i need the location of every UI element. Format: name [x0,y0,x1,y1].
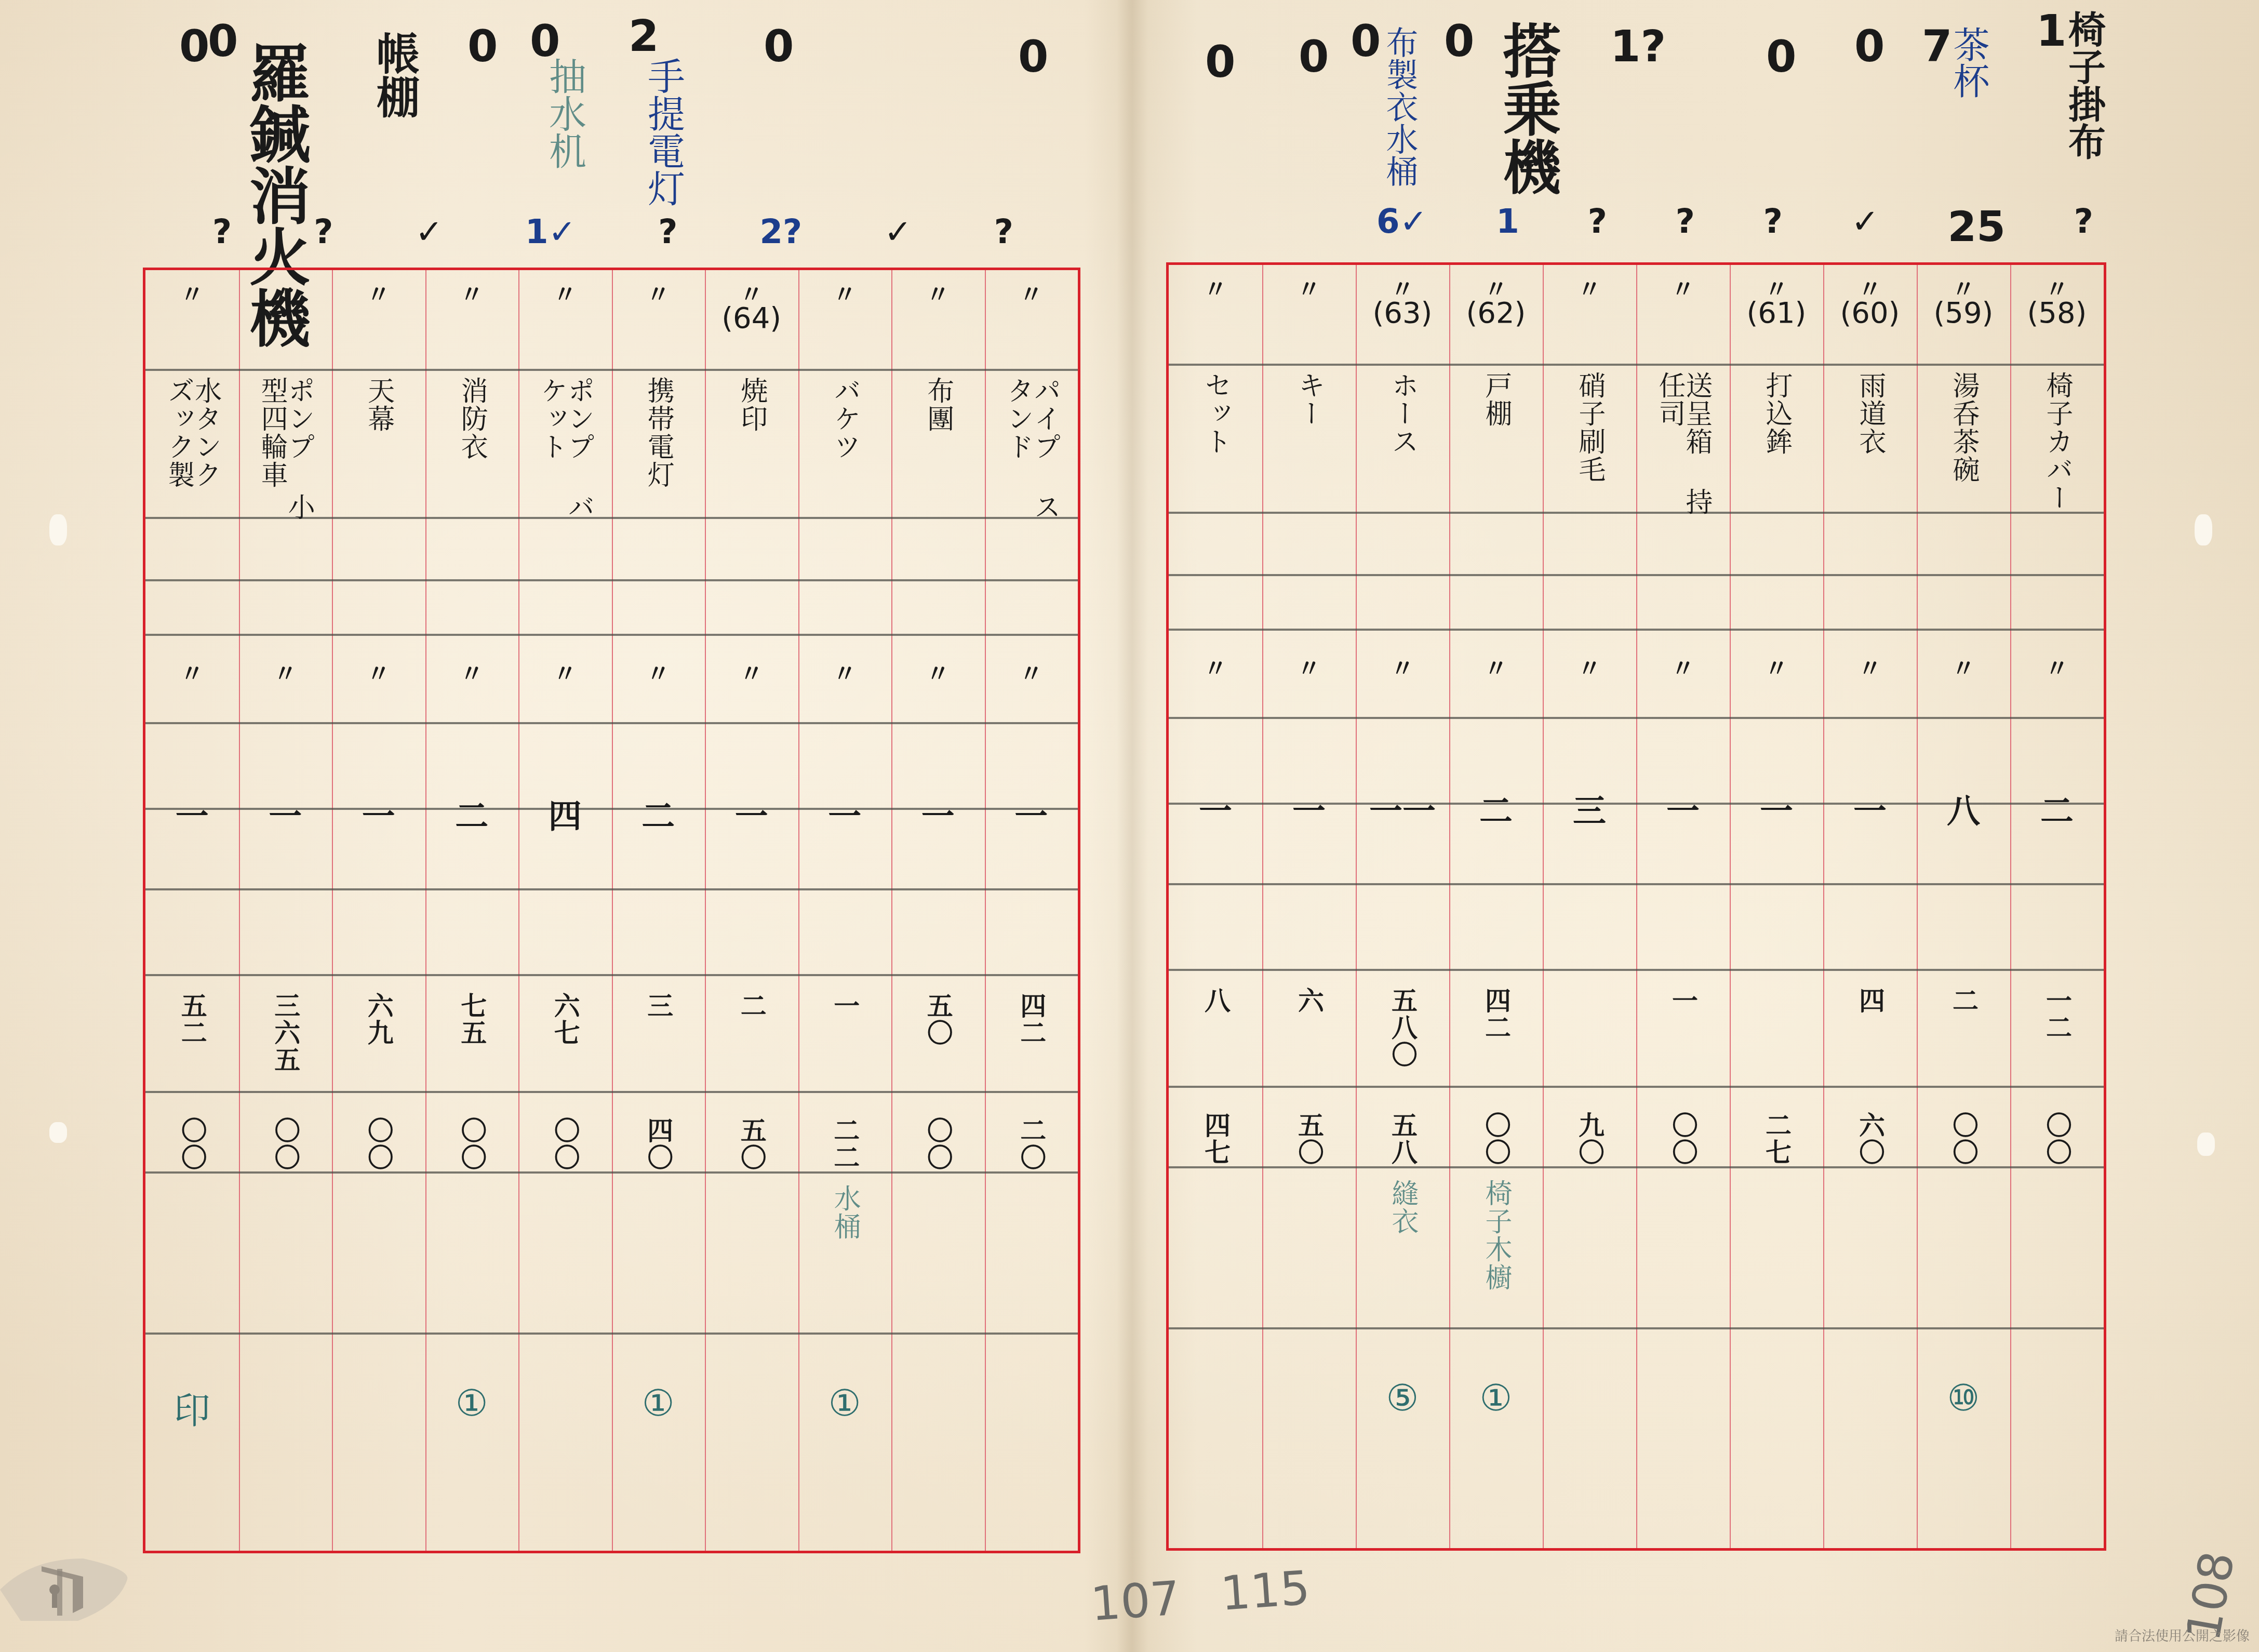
tally-stamp: ⑤ [1356,1377,1449,1449]
item-name: 水タンク ズック製 [145,377,239,527]
price-sen: 二二 [798,1117,892,1190]
item-name: ホース [1356,371,1449,522]
ditto-mark: 〃 [1636,649,1730,681]
quantity: 二 [1449,784,1543,826]
tally-stamp [1730,1377,1823,1449]
price-yen: 六 [1262,987,1356,1091]
stamp-note [332,1184,425,1340]
stamp-note [1823,1179,1917,1335]
reference-number [612,301,705,364]
ledger-column: 〃(61)打込鉾〃一二七 [1730,265,1823,1548]
price-yen: 一 [798,992,892,1096]
item-name: 硝子刷毛 [1543,371,1636,522]
reference-number: (64) [705,301,798,364]
ledger-column: 〃(62)戸棚〃二四二〇〇椅子木櫥① [1449,265,1543,1548]
price-sen: 〇〇 [1449,1112,1543,1184]
zero-mark: 0 [1854,21,1884,72]
item-name: 布團 [891,377,985,527]
ledger-column: 〃ポンプ バケット〃四六七〇〇 [518,270,612,1551]
left-ledger-table: 〃水タンク ズック製〃一五二〇〇印〃ポンプ 小型四輪車〃一三六五〇〇〃天幕〃一六… [143,268,1080,1553]
price-sen: 四〇 [612,1117,705,1190]
ditto-mark: 〃 [1262,649,1356,681]
reference-number [332,301,425,364]
item-name: 椅子カバー [2010,371,2104,522]
price-yen: 五〇 [891,992,985,1096]
pencil-page-number: 107 [1089,1571,1182,1632]
tally-stamp [2010,1377,2104,1449]
quantity: 一 [145,790,239,831]
reference-number: (62) [1449,296,1543,358]
zero-mark: 0 [1018,31,1048,82]
price-yen: 一二 [2010,987,2104,1091]
price-yen: 七五 [425,992,519,1096]
binding-hole [49,1122,67,1143]
ditto-mark: 〃 [2010,649,2104,681]
item-name: ポンプ バケット [518,377,612,527]
reference-number [1262,296,1356,358]
tally-stamp [985,1382,1078,1455]
ledger-column: 〃送呈箱 持任司〃一一〇〇 [1636,265,1730,1548]
reference-number: (61) [1730,296,1823,358]
quantity: 一一 [1356,784,1449,826]
ditto-mark: 〃 [612,655,705,686]
price-yen: 二 [705,992,798,1096]
item-name: 消防衣 [425,377,519,527]
quantity: 四 [518,790,612,831]
reference-number [239,301,332,364]
price-sen: 九〇 [1543,1112,1636,1184]
ledger-column: 〃(60)雨道衣〃一四六〇 [1823,265,1917,1548]
item-name: 打込鉾 [1730,371,1823,522]
stamp-note [891,1184,985,1340]
price-yen: 二 [1917,987,2010,1091]
stamp-note [518,1184,612,1340]
binding-hole [2195,514,2212,545]
price-yen: 八 [1169,987,1262,1091]
tally-stamp [518,1382,612,1455]
ledger-column: 〃パイプ スタンド〃一四二二〇 [985,270,1078,1551]
price-yen [1730,987,1823,1091]
quantity: 二 [2010,784,2104,826]
tally-stamp: ① [612,1382,705,1455]
price-yen: 四 [1823,987,1917,1091]
stamp-note [1543,1179,1636,1335]
quantity: 二 [425,790,519,831]
price-sen: 〇〇 [518,1117,612,1190]
quantity: 二 [612,790,705,831]
ditto-mark: 〃 [985,655,1078,686]
price-sen: 〇〇 [891,1117,985,1190]
stamp-note [239,1184,332,1340]
stamp-note [425,1184,519,1340]
stamp-note [1636,1179,1730,1335]
binding-hole [49,514,67,545]
reference-number [518,301,612,364]
tally-stamp [891,1382,985,1455]
binding-hole [2197,1133,2215,1156]
item-name: 湯呑茶碗 [1917,371,2010,522]
price-yen: 六九 [332,992,425,1096]
stamp-note [985,1184,1078,1340]
note-tent: 帳棚 [364,31,426,118]
ditto-mark: 〃 [1917,649,2010,681]
tally-stamp [1823,1377,1917,1449]
title-chair-cloth: 椅子掛布 [2057,10,2111,160]
item-name: キー [1262,371,1356,522]
price-sen: 五〇 [705,1117,798,1190]
quantity: 一 [1636,784,1730,826]
stamp-note: 椅子木櫥 [1449,1179,1543,1335]
ledger-column: 〃布團〃一五〇〇〇 [891,270,985,1551]
zero-mark: 0 [179,21,209,72]
price-yen: 五二 [145,992,239,1096]
ditto-mark: 〃 [1823,649,1917,681]
price-sen: 二七 [1730,1112,1823,1184]
stamp-note [1262,1179,1356,1335]
item-name: 送呈箱 持任司 [1636,371,1730,522]
ledger-column: 〃天幕〃一六九〇〇 [332,270,425,1551]
quantity: 一 [891,790,985,831]
tally-stamp [1262,1377,1356,1449]
ledger-column: 〃消防衣〃二七五〇〇① [425,270,519,1551]
stamp-note [1730,1179,1823,1335]
ledger-column: 〃(64)焼印〃一二五〇 [705,270,798,1551]
ledger-column: 〃水タンク ズック製〃一五二〇〇印 [145,270,239,1551]
reference-number [425,301,519,364]
tally-stamp [239,1382,332,1455]
price-sen: 〇〇 [239,1117,332,1190]
quantity: 一 [1823,784,1917,826]
price-yen: 六七 [518,992,612,1096]
zero-mark: 0 [764,21,794,72]
item-name: 焼印 [705,377,798,527]
reference-number [798,301,892,364]
ledger-column: 〃ポンプ 小型四輪車〃一三六五〇〇 [239,270,332,1551]
note-pump: 抽水机 [538,57,592,169]
quantity: 一 [1169,784,1262,826]
ditto-mark: 〃 [332,655,425,686]
item-name: 天幕 [332,377,425,527]
reference-number [985,301,1078,364]
stamp-note [612,1184,705,1340]
note-cloth-bucket: 布製衣水桶 [1376,26,1423,187]
tally-stamp [332,1382,425,1455]
price-yen: 三 [612,992,705,1096]
price-yen: 五八〇 [1356,987,1449,1091]
ditto-mark: 〃 [1356,649,1449,681]
stamp-note [1169,1179,1262,1335]
ditto-mark: 〃 [1543,649,1636,681]
tally-stamp [705,1382,798,1455]
ditto-mark: 〃 [239,655,332,686]
reference-number: (59) [1917,296,2010,358]
zero-mark: 0 [1766,31,1796,82]
ditto-mark: 〃 [518,655,612,686]
ditto-mark: 〃 [1449,649,1543,681]
stamp-note [1917,1179,2010,1335]
tally-stamp: 印 [145,1382,239,1455]
tally-stamp: ① [798,1382,892,1455]
price-yen: 四二 [1449,987,1543,1091]
item-name: バケツ [798,377,892,527]
item-name: セット [1169,371,1262,522]
note-teacup: 茶杯 [1943,26,1995,99]
zero-mark: 0 [467,21,498,72]
ledger-column: 〃(63)ホース〃一一五八〇五八縫衣⑤ [1356,265,1449,1548]
price-sen: 〇〇 [332,1117,425,1190]
ledger-column: 〃キー〃一六五〇 [1262,265,1356,1548]
number-mark: 2 [629,10,659,61]
price-yen [1543,987,1636,1091]
reference-number [1169,296,1262,358]
tally-stamp [1169,1377,1262,1449]
page-fold [1117,0,1148,1652]
price-sen: 五〇 [1262,1112,1356,1184]
ditto-mark: 〃 [425,655,519,686]
ditto-mark: 〃 [705,655,798,686]
item-name: パイプ スタンド [985,377,1078,527]
price-yen: 三六五 [239,992,332,1096]
quantity: 一 [1262,784,1356,826]
price-yen: 四二 [985,992,1078,1096]
price-yen: 一 [1636,987,1730,1091]
zero-mark: 0 [1299,31,1329,82]
price-sen: 〇〇 [425,1117,519,1190]
tally-stamp: ⑩ [1917,1377,2010,1449]
price-sen: 〇〇 [2010,1112,2104,1184]
ledger-column: 〃バケツ〃一一二二水桶① [798,270,892,1551]
item-name: 戸棚 [1449,371,1543,522]
marks-row: ? ? ✓ 1✓ ? 2? ✓ ? [171,213,1054,251]
reference-number: (60) [1823,296,1917,358]
tally-stamp [1636,1377,1730,1449]
price-sen: 二〇 [985,1117,1078,1190]
usage-watermark: 請合法使用公開之影像 [2115,1626,2250,1645]
price-sen: 六〇 [1823,1112,1917,1184]
pencil-page-number: 115 [1219,1561,1312,1621]
reference-number [1543,296,1636,358]
ledger-column: 〃(59)湯呑茶碗〃八二〇〇⑩ [1917,265,2010,1548]
item-name: ポンプ 小型四輪車 [239,377,332,527]
stamp-note: 縫衣 [1356,1179,1449,1335]
note-flashlight: 手提電灯 [636,57,690,207]
reference-number [891,301,985,364]
ditto-mark: 〃 [1730,649,1823,681]
ledger-column: 〃携帯電灯〃二三四〇① [612,270,705,1551]
ledger-column: 〃(58)椅子カバー〃二一二〇〇 [2010,265,2104,1548]
reference-number [145,301,239,364]
ditto-mark: 〃 [798,655,892,686]
stamp-note: 水桶 [798,1184,892,1340]
price-sen: 四七 [1169,1112,1262,1184]
zero-mark: 0 [1444,16,1474,66]
item-name: 雨道衣 [1823,371,1917,522]
quantity: 一 [705,790,798,831]
title-bold-center: 搭乗機 [1486,21,1569,195]
tally-stamp: ① [1449,1377,1543,1449]
stamp-note [145,1184,239,1340]
price-sen: 五八 [1356,1112,1449,1184]
stamp-note [2010,1179,2104,1335]
reference-number [1636,296,1730,358]
number-mark: 1? [1610,21,1666,72]
item-name: 携帯電灯 [612,377,705,527]
ditto-mark: 〃 [1169,649,1262,681]
price-sen: 〇〇 [145,1117,239,1190]
quantity: 一 [985,790,1078,831]
quantity: 一 [798,790,892,831]
ledger-column: 〃セット〃一八四七 [1169,265,1262,1548]
quantity: 一 [1730,784,1823,826]
zero-mark: 0 [208,16,238,66]
price-sen: 〇〇 [1917,1112,2010,1184]
reference-number: (63) [1356,296,1449,358]
archive-logo-icon [0,1548,130,1621]
zero-mark: 0 [1205,36,1235,87]
quantity: 八 [1917,784,2010,826]
quantity: 三 [1543,784,1636,826]
stamp-note [705,1184,798,1340]
tally-stamp: ① [425,1382,519,1455]
right-ledger-table: 〃セット〃一八四七〃キー〃一六五〇〃(63)ホース〃一一五八〇五八縫衣⑤〃(62… [1166,262,2106,1551]
marks-row: 6✓ 1 ? ? ? ✓ 25 ? [1376,203,2093,251]
reference-number: (58) [2010,296,2104,358]
ditto-mark: 〃 [145,655,239,686]
quantity: 一 [239,790,332,831]
price-sen: 〇〇 [1636,1112,1730,1184]
ditto-mark: 〃 [891,655,985,686]
tally-stamp [1543,1377,1636,1449]
quantity: 一 [332,790,425,831]
ledger-column: 〃硝子刷毛〃三九〇 [1543,265,1636,1548]
